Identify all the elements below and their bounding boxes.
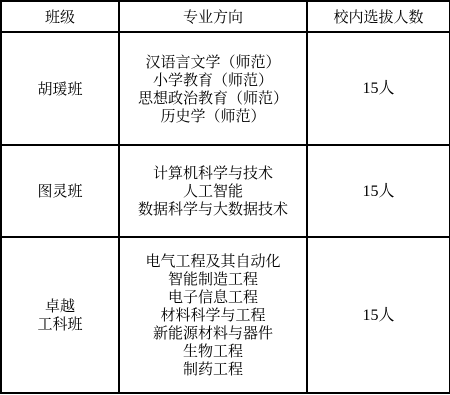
major-item: 历史学（师范） bbox=[120, 107, 306, 125]
major-item: 新能源材料与器件 bbox=[120, 324, 306, 342]
major-item: 电气工程及其自动化 bbox=[120, 252, 306, 270]
header-class: 班级 bbox=[1, 1, 119, 32]
quota-cell: 15人 bbox=[307, 145, 450, 237]
majors-cell: 电气工程及其自动化 智能制造工程 电子信息工程 材料科学与工程 新能源材料与器件… bbox=[119, 237, 307, 393]
quota-value: 15人 bbox=[362, 183, 394, 200]
majors-cell: 计算机科学与技术 人工智能 数据科学与大数据技术 bbox=[119, 145, 307, 237]
selection-table: 班级 专业方向 校内选拔人数 胡瑗班 汉语言文学（师范） 小学教育（师范） 思想… bbox=[0, 0, 450, 394]
major-item: 计算机科学与技术 bbox=[120, 164, 306, 182]
majors-cell: 汉语言文学（师范） 小学教育（师范） 思想政治教育（师范） 历史学（师范） bbox=[119, 32, 307, 145]
class-name: 工科班 bbox=[2, 315, 118, 333]
quota-value: 15人 bbox=[362, 307, 394, 324]
major-item: 智能制造工程 bbox=[120, 270, 306, 288]
header-row: 班级 专业方向 校内选拔人数 bbox=[1, 1, 450, 32]
header-quota: 校内选拔人数 bbox=[307, 1, 450, 32]
class-name: 卓越 bbox=[2, 297, 118, 315]
quota-cell: 15人 bbox=[307, 237, 450, 393]
table-row: 卓越 工科班 电气工程及其自动化 智能制造工程 电子信息工程 材料科学与工程 新… bbox=[1, 237, 450, 393]
major-item: 数据科学与大数据技术 bbox=[120, 200, 306, 218]
class-name: 胡瑗班 bbox=[2, 80, 118, 98]
major-item: 生物工程 bbox=[120, 342, 306, 360]
major-item: 材料科学与工程 bbox=[120, 306, 306, 324]
quota-cell: 15人 bbox=[307, 32, 450, 145]
class-name-cell: 卓越 工科班 bbox=[1, 237, 119, 393]
table-row: 图灵班 计算机科学与技术 人工智能 数据科学与大数据技术 15人 bbox=[1, 145, 450, 237]
class-name: 图灵班 bbox=[2, 182, 118, 200]
quota-value: 15人 bbox=[362, 80, 394, 97]
major-item: 制药工程 bbox=[120, 360, 306, 378]
class-name-cell: 图灵班 bbox=[1, 145, 119, 237]
major-item: 电子信息工程 bbox=[120, 288, 306, 306]
header-major: 专业方向 bbox=[119, 1, 307, 32]
class-name-cell: 胡瑗班 bbox=[1, 32, 119, 145]
major-item: 小学教育（师范） bbox=[120, 71, 306, 89]
major-item: 汉语言文学（师范） bbox=[120, 53, 306, 71]
table-row: 胡瑗班 汉语言文学（师范） 小学教育（师范） 思想政治教育（师范） 历史学（师范… bbox=[1, 32, 450, 145]
major-item: 人工智能 bbox=[120, 182, 306, 200]
major-item: 思想政治教育（师范） bbox=[120, 89, 306, 107]
